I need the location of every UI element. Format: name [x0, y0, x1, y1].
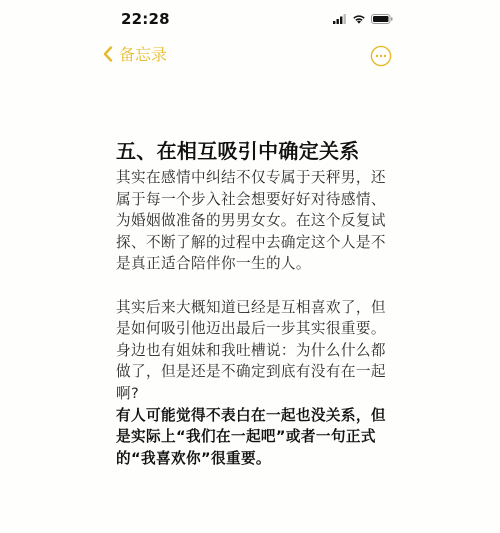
status-icons [333, 12, 393, 26]
paragraph-spacer [116, 275, 396, 297]
ellipsis-circle-icon[interactable] [370, 45, 392, 67]
wifi-icon [352, 14, 366, 24]
note-paragraph: 其实在感情中纠结不仅专属于天秤男，还属于每一个步入社会想要好好对待感情、为婚姻做… [116, 167, 396, 275]
back-label: 备忘录 [119, 42, 167, 65]
note-title: 五、在相互吸引中确定关系 [116, 138, 396, 165]
battery-icon [371, 14, 393, 24]
status-bar: 22:28 [0, 0, 500, 36]
back-button[interactable]: 备忘录 [103, 42, 167, 65]
nav-bar: 备忘录 [0, 42, 500, 72]
chevron-left-icon [103, 46, 113, 62]
note-paragraph: 身边也有姐妹和我吐槽说：为什么什么都做了，但是还是不确定到底有没有在一起啊? [116, 340, 396, 405]
note-paragraph: 其实后来大概知道已经是互相喜欢了，但是如何吸引他迈出最后一步其实很重要。 [116, 297, 396, 340]
cellular-signal-icon [333, 14, 347, 24]
status-time: 22:28 [121, 10, 170, 28]
note-paragraph-bold: 有人可能觉得不表白在一起也没关系，但是实际上“我们在一起吧”或者一句正式的“我喜… [116, 405, 396, 470]
note-body[interactable]: 五、在相互吸引中确定关系 其实在感情中纠结不仅专属于天秤男，还属于每一个步入社会… [116, 138, 396, 469]
